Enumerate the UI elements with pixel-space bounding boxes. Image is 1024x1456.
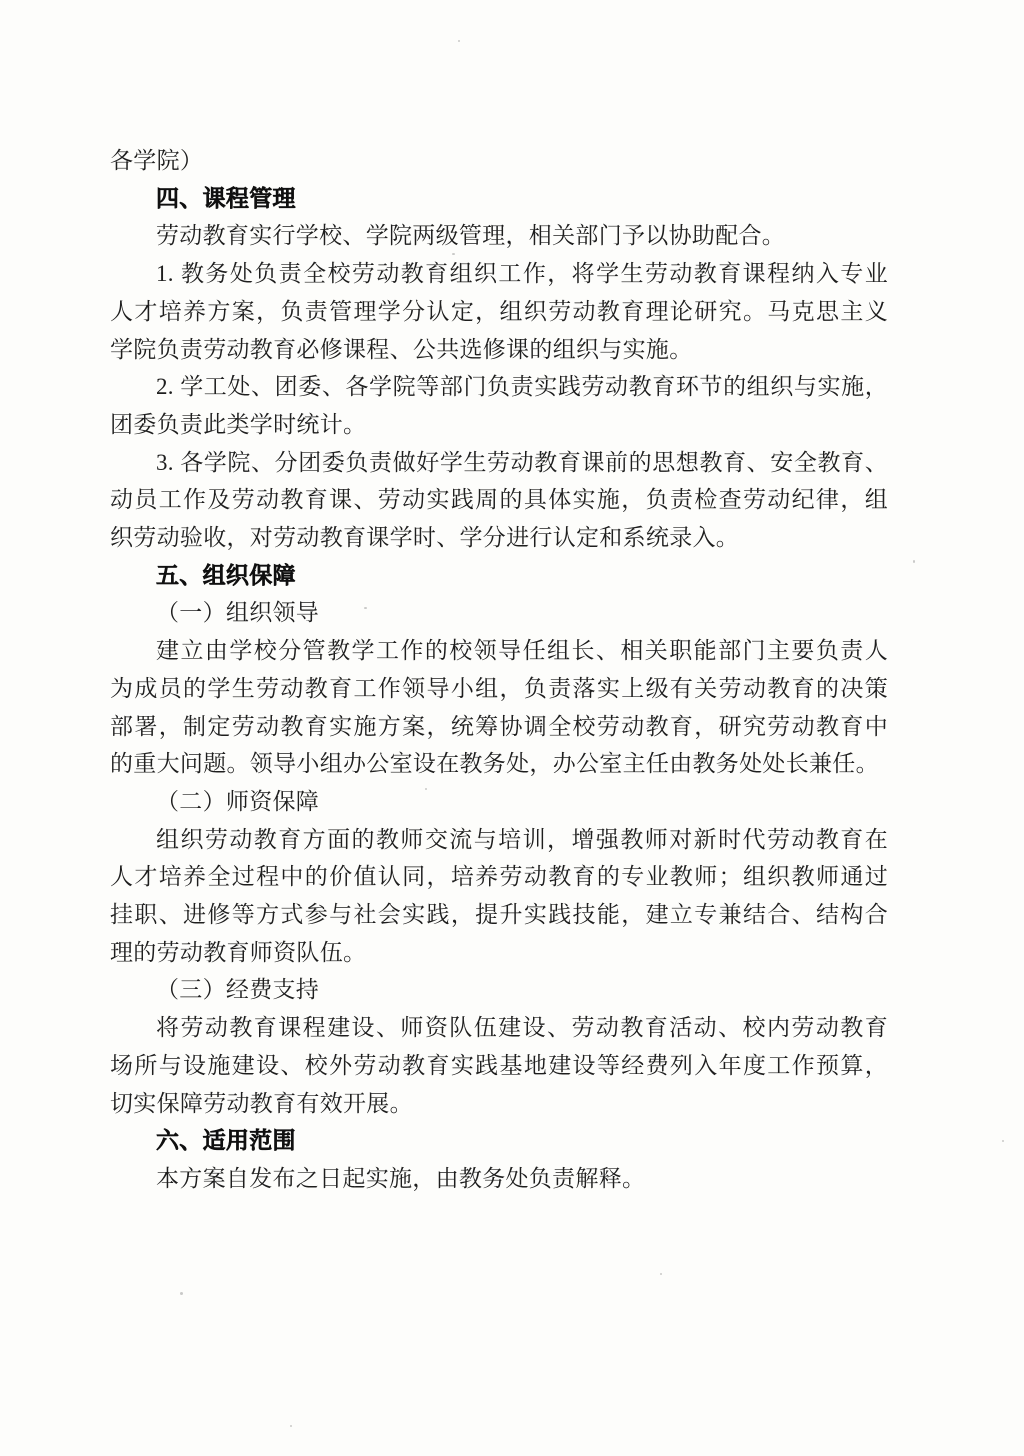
scan-speck — [913, 560, 915, 563]
paragraph: 将劳动教育课程建设、师资队伍建设、劳动教育活动、校内劳动教育场所与设施建设、校外… — [110, 1009, 888, 1122]
text-line: 场所与设施建设、校外劳动教育实践基地建设等经费列入年度工作预算， — [110, 1047, 888, 1085]
paragraph: 2. 学工处、团委、各学院等部门负责实践劳动教育环节的组织与实施，团委负责此类学… — [110, 368, 888, 443]
scanned-document-page: 各学院）四、课程管理劳动教育实行学校、学院两级管理，相关部门予以协助配合。1. … — [0, 0, 1024, 1456]
text-line: 切实保障劳动教育有效开展。 — [110, 1085, 888, 1123]
scan-speck — [180, 1292, 183, 1295]
paragraph: 3. 各学院、分团委负责做好学生劳动教育课前的思想教育、安全教育、动员工作及劳动… — [110, 444, 888, 557]
paragraph: （二）师资保障 — [110, 783, 888, 821]
text-line: 2. 学工处、团委、各学院等部门负责实践劳动教育环节的组织与实施， — [110, 368, 888, 406]
section-heading: 四、课程管理 — [110, 180, 888, 218]
text-line: 将劳动教育课程建设、师资队伍建设、劳动教育活动、校内劳动教育 — [110, 1009, 888, 1047]
text-line: （一）组织领导 — [110, 594, 888, 632]
paragraph: 本方案自发布之日起实施，由教务处负责解释。 — [110, 1160, 888, 1198]
text-line: 本方案自发布之日起实施，由教务处负责解释。 — [110, 1160, 888, 1198]
scan-speck — [660, 1273, 662, 1275]
text-line: 团委负责此类学时统计。 — [110, 406, 888, 444]
section-heading: 五、组织保障 — [110, 557, 888, 595]
text-line: 1. 教务处负责全校劳动教育组织工作，将学生劳动教育课程纳入专业 — [110, 255, 888, 293]
text-line: 织劳动验收，对劳动教育课学时、学分进行认定和系统录入。 — [110, 519, 888, 557]
text-line: （二）师资保障 — [110, 783, 888, 821]
document-content: 各学院）四、课程管理劳动教育实行学校、学院两级管理，相关部门予以协助配合。1. … — [110, 142, 888, 1198]
text-line: 理的劳动教育师资队伍。 — [110, 934, 888, 972]
paragraph: （三）经费支持 — [110, 971, 888, 1009]
text-line: 六、适用范围 — [110, 1122, 888, 1160]
paragraph: 1. 教务处负责全校劳动教育组织工作，将学生劳动教育课程纳入专业人才培养方案，负… — [110, 255, 888, 368]
text-line: 五、组织保障 — [110, 557, 888, 595]
text-line: 学院负责劳动教育必修课程、公共选修课的组织与实施。 — [110, 331, 888, 369]
scan-speck — [458, 40, 460, 42]
text-line: 人才培养全过程中的价值认同，培养劳动教育的专业教师；组织教师通过 — [110, 858, 888, 896]
text-line: 各学院） — [110, 142, 888, 180]
text-line: 的重大问题。领导小组办公室设在教务处，办公室主任由教务处处长兼任。 — [110, 745, 888, 783]
scan-speck — [1002, 1140, 1004, 1142]
text-line: 建立由学校分管教学工作的校领导任组长、相关职能部门主要负责人 — [110, 632, 888, 670]
scan-speck — [364, 607, 367, 609]
text-line: 四、课程管理 — [110, 180, 888, 218]
paragraph: （一）组织领导 — [110, 594, 888, 632]
scan-speck — [452, 253, 455, 255]
text-line: （三）经费支持 — [110, 971, 888, 1009]
paragraph: 劳动教育实行学校、学院两级管理，相关部门予以协助配合。 — [110, 217, 888, 255]
text-line: 3. 各学院、分团委负责做好学生劳动教育课前的思想教育、安全教育、 — [110, 444, 888, 482]
section-heading: 六、适用范围 — [110, 1122, 888, 1160]
paragraph: 建立由学校分管教学工作的校领导任组长、相关职能部门主要负责人为成员的学生劳动教育… — [110, 632, 888, 783]
text-line: 动员工作及劳动教育课、劳动实践周的具体实施，负责检查劳动纪律，组 — [110, 481, 888, 519]
text-line: 为成员的学生劳动教育工作领导小组，负责落实上级有关劳动教育的决策 — [110, 670, 888, 708]
text-line: 挂职、进修等方式参与社会实践，提升实践技能，建立专兼结合、结构合 — [110, 896, 888, 934]
text-line: 部署，制定劳动教育实施方案，统筹协调全校劳动教育，研究劳动教育中 — [110, 708, 888, 746]
scan-speck — [425, 788, 427, 790]
text-line: 组织劳动教育方面的教师交流与培训，增强教师对新时代劳动教育在 — [110, 821, 888, 859]
paragraph: 各学院） — [110, 142, 888, 180]
scan-speck — [290, 1425, 292, 1427]
text-line: 劳动教育实行学校、学院两级管理，相关部门予以协助配合。 — [110, 217, 888, 255]
text-line: 人才培养方案，负责管理学分认定，组织劳动教育理论研究。马克思主义 — [110, 293, 888, 331]
paragraph: 组织劳动教育方面的教师交流与培训，增强教师对新时代劳动教育在人才培养全过程中的价… — [110, 821, 888, 972]
